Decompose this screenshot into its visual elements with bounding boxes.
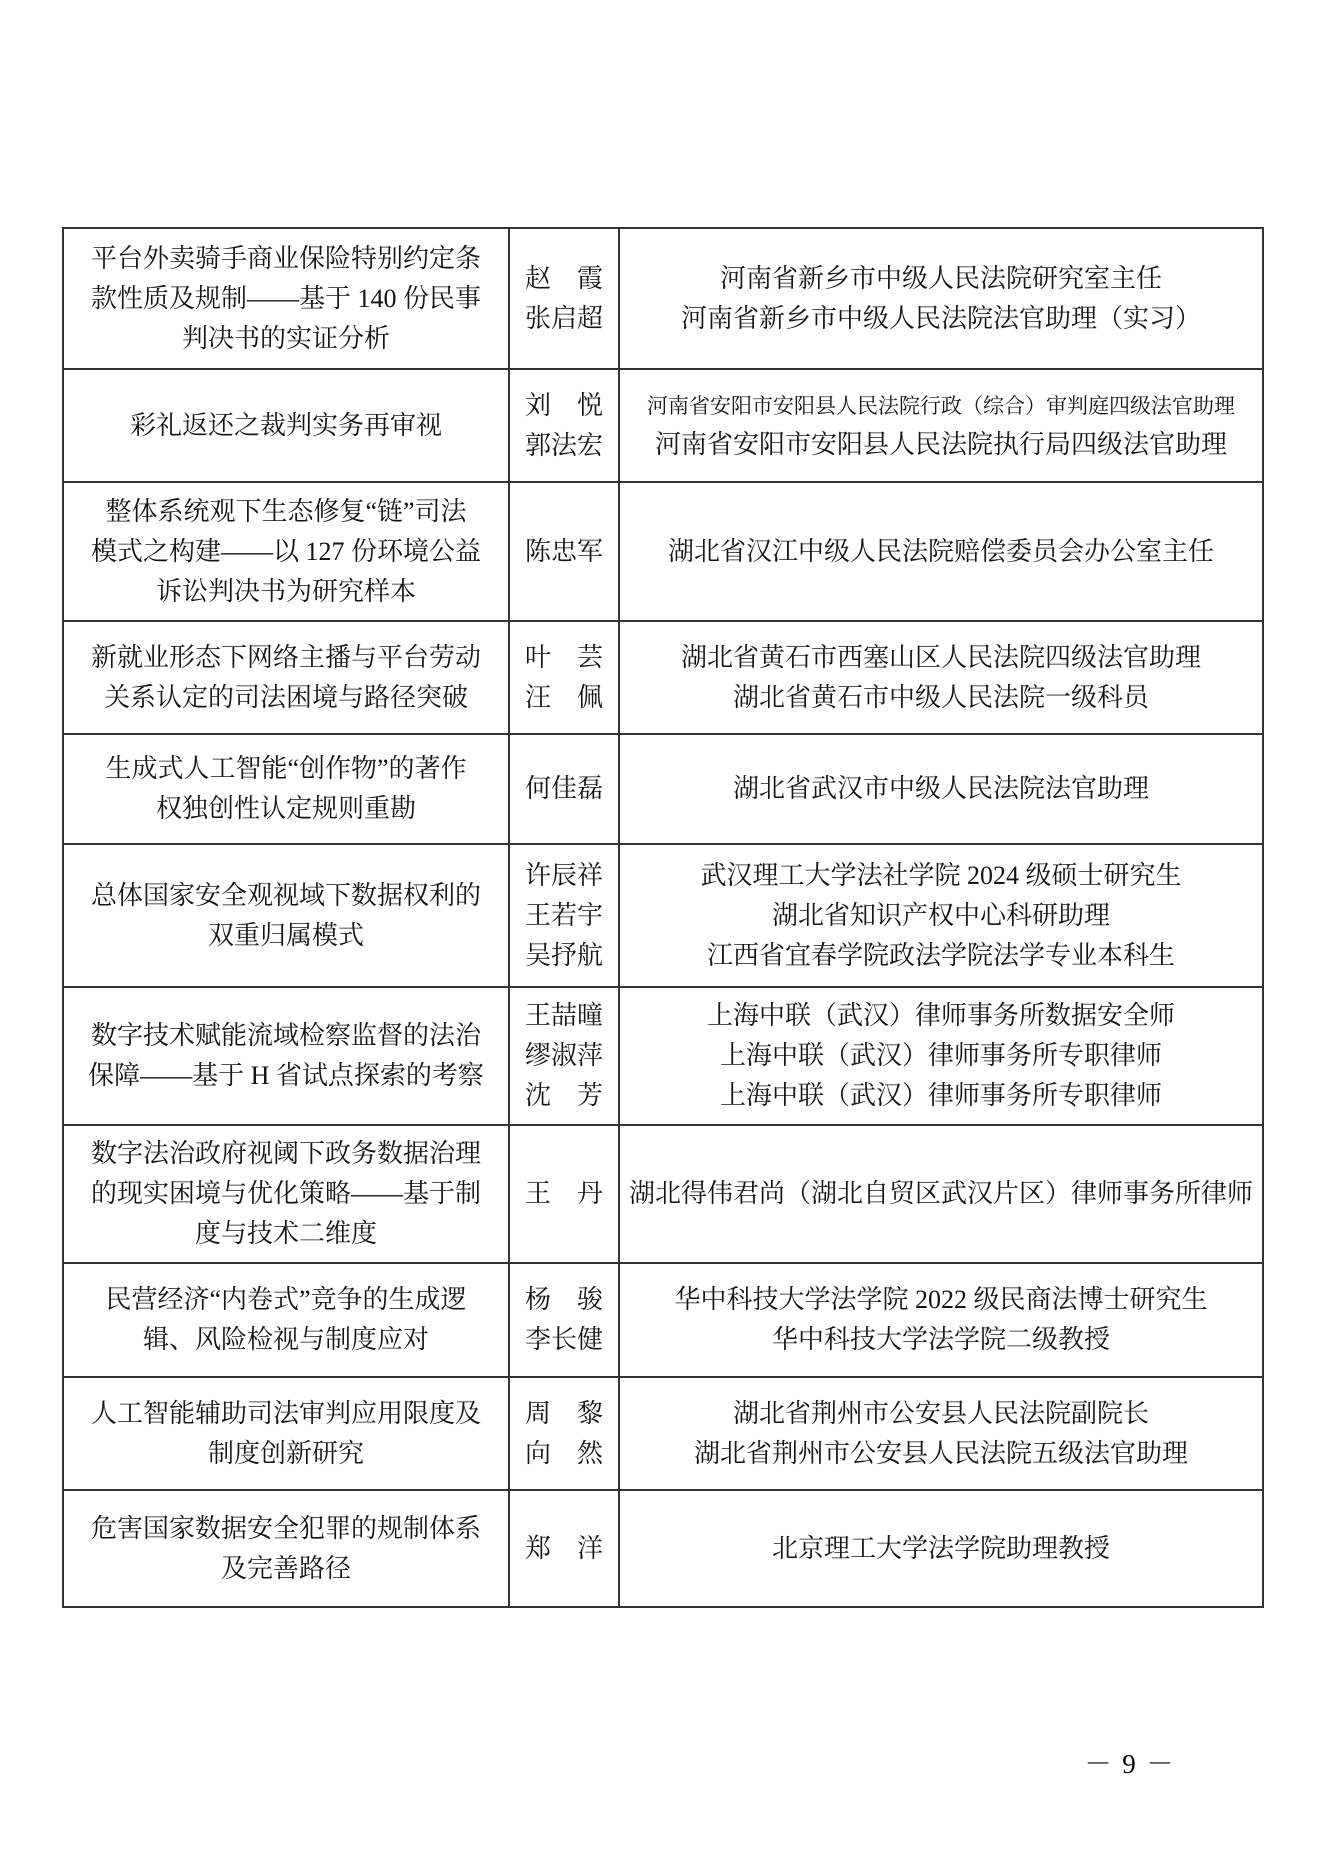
text-line: 湖北省荆州市公安县人民法院副院长 — [624, 1394, 1258, 1434]
text-line: 危害国家数据安全犯罪的规制体系 — [68, 1509, 504, 1549]
text-line: 及完善路径 — [68, 1549, 504, 1589]
text-line: 双重归属模式 — [68, 916, 504, 956]
table-row: 总体国家安全观视域下数据权利的双重归属模式 许辰祥王若宇吴抒航 武汉理工大学法社… — [63, 844, 1263, 987]
text-line: 缪淑萍 — [514, 1036, 614, 1076]
text-line: 权独创性认定规则重勘 — [68, 789, 504, 829]
authors-cell: 王喆曈缪淑萍沈 芳 — [509, 987, 619, 1125]
text-line: 上海中联（武汉）律师事务所专职律师 — [624, 1076, 1258, 1116]
text-line: 王若宇 — [514, 896, 614, 936]
text-line: 湖北省武汉市中级人民法院法官助理 — [624, 769, 1258, 809]
text-line: 保障——基于 H 省试点探索的考察 — [68, 1056, 504, 1096]
text-line: 叶 芸 — [514, 638, 614, 678]
text-line: 湖北省黄石市西塞山区人民法院四级法官助理 — [624, 638, 1258, 678]
text-line: 制度创新研究 — [68, 1434, 504, 1474]
text-line: 沈 芳 — [514, 1076, 614, 1116]
text-line: 汪 佩 — [514, 678, 614, 718]
paper-title-cell: 生成式人工智能“创作物”的著作权独创性认定规则重勘 — [63, 734, 509, 844]
text-line: 李长健 — [514, 1320, 614, 1360]
text-line: 的现实困境与优化策略——基于制 — [68, 1174, 504, 1214]
text-line: 辑、风险检视与制度应对 — [68, 1320, 504, 1360]
text-line: 湖北省荆州市公安县人民法院五级法官助理 — [624, 1434, 1258, 1474]
paper-title-cell: 整体系统观下生态修复“链”司法模式之构建——以 127 份环境公益诉讼判决书为研… — [63, 482, 509, 621]
text-line: 平台外卖骑手商业保险特别约定条 — [68, 239, 504, 279]
text-line: 生成式人工智能“创作物”的著作 — [68, 749, 504, 789]
affiliations-cell: 湖北省黄石市西塞山区人民法院四级法官助理湖北省黄石市中级人民法院一级科员 — [619, 621, 1263, 734]
text-line: 湖北得伟君尚（湖北自贸区武汉片区）律师事务所律师 — [624, 1174, 1258, 1214]
table-row: 危害国家数据安全犯罪的规制体系及完善路径 郑 洋 北京理工大学法学院助理教授 — [63, 1490, 1263, 1607]
authors-cell: 赵 霞张启超 — [509, 228, 619, 369]
document-page: 平台外卖骑手商业保险特别约定条款性质及规制——基于 140 份民事判决书的实证分… — [0, 0, 1323, 1871]
table-row: 生成式人工智能“创作物”的著作权独创性认定规则重勘 何佳磊 湖北省武汉市中级人民… — [63, 734, 1263, 844]
authors-cell: 杨 骏李长健 — [509, 1263, 619, 1377]
affiliations-cell: 湖北省武汉市中级人民法院法官助理 — [619, 734, 1263, 844]
text-line: 北京理工大学法学院助理教授 — [624, 1529, 1258, 1569]
text-line: 彩礼返还之裁判实务再审视 — [68, 406, 504, 446]
papers-table: 平台外卖骑手商业保险特别约定条款性质及规制——基于 140 份民事判决书的实证分… — [62, 227, 1264, 1608]
text-line: 陈忠军 — [514, 532, 614, 572]
authors-cell: 许辰祥王若宇吴抒航 — [509, 844, 619, 987]
text-line: 湖北省汉江中级人民法院赔偿委员会办公室主任 — [624, 532, 1258, 572]
text-line: 王 丹 — [514, 1174, 614, 1214]
text-line: 数字技术赋能流域检察监督的法治 — [68, 1016, 504, 1056]
text-line: 关系认定的司法困境与路径突破 — [68, 678, 504, 718]
text-line: 杨 骏 — [514, 1280, 614, 1320]
table-row: 数字法治政府视阈下政务数据治理的现实困境与优化策略——基于制度与技术二维度 王 … — [63, 1125, 1263, 1263]
text-line: 上海中联（武汉）律师事务所数据安全师 — [624, 996, 1258, 1036]
text-line-small: 河南省安阳市安阳县人民法院行政（综合）审判庭四级法官助理 — [624, 387, 1258, 425]
authors-cell: 郑 洋 — [509, 1490, 619, 1607]
affiliations-cell: 北京理工大学法学院助理教授 — [619, 1490, 1263, 1607]
paper-title-cell: 人工智能辅助司法审判应用限度及制度创新研究 — [63, 1377, 509, 1490]
papers-table-body: 平台外卖骑手商业保险特别约定条款性质及规制——基于 140 份民事判决书的实证分… — [63, 228, 1263, 1607]
affiliations-cell: 湖北省荆州市公安县人民法院副院长湖北省荆州市公安县人民法院五级法官助理 — [619, 1377, 1263, 1490]
paper-title-cell: 总体国家安全观视域下数据权利的双重归属模式 — [63, 844, 509, 987]
table-row: 彩礼返还之裁判实务再审视 刘 悦郭法宏 河南省安阳市安阳县人民法院行政（综合）审… — [63, 369, 1263, 482]
text-line: 何佳磊 — [514, 769, 614, 809]
page-number: － 9 － — [1050, 1742, 1210, 1781]
affiliations-cell: 上海中联（武汉）律师事务所数据安全师上海中联（武汉）律师事务所专职律师上海中联（… — [619, 987, 1263, 1125]
affiliations-cell: 湖北省汉江中级人民法院赔偿委员会办公室主任 — [619, 482, 1263, 621]
text-line: 总体国家安全观视域下数据权利的 — [68, 876, 504, 916]
text-line: 河南省新乡市中级人民法院法官助理（实习） — [624, 299, 1258, 339]
authors-cell: 周 黎向 然 — [509, 1377, 619, 1490]
authors-cell: 刘 悦郭法宏 — [509, 369, 619, 482]
text-line: 许辰祥 — [514, 856, 614, 896]
text-line: 度与技术二维度 — [68, 1214, 504, 1254]
text-line: 江西省宜春学院政法学院法学专业本科生 — [624, 936, 1258, 976]
authors-cell: 叶 芸汪 佩 — [509, 621, 619, 734]
text-line: 郭法宏 — [514, 426, 614, 466]
paper-title-cell: 民营经济“内卷式”竞争的生成逻辑、风险检视与制度应对 — [63, 1263, 509, 1377]
text-line: 河南省新乡市中级人民法院研究室主任 — [624, 259, 1258, 299]
text-line: 张启超 — [514, 299, 614, 339]
authors-cell: 何佳磊 — [509, 734, 619, 844]
text-line: 诉讼判决书为研究样本 — [68, 572, 504, 612]
affiliations-cell: 湖北得伟君尚（湖北自贸区武汉片区）律师事务所律师 — [619, 1125, 1263, 1263]
text-line: 上海中联（武汉）律师事务所专职律师 — [624, 1036, 1258, 1076]
text-line: 新就业形态下网络主播与平台劳动 — [68, 638, 504, 678]
text-line: 赵 霞 — [514, 259, 614, 299]
affiliations-cell: 武汉理工大学法社学院 2024 级硕士研究生湖北省知识产权中心科研助理江西省宜春… — [619, 844, 1263, 987]
text-line: 向 然 — [514, 1434, 614, 1474]
text-line: 判决书的实证分析 — [68, 319, 504, 359]
text-line: 款性质及规制——基于 140 份民事 — [68, 279, 504, 319]
paper-title-cell: 数字法治政府视阈下政务数据治理的现实困境与优化策略——基于制度与技术二维度 — [63, 1125, 509, 1263]
table-row: 平台外卖骑手商业保险特别约定条款性质及规制——基于 140 份民事判决书的实证分… — [63, 228, 1263, 369]
text-line: 湖北省知识产权中心科研助理 — [624, 896, 1258, 936]
text-line: 刘 悦 — [514, 386, 614, 426]
text-line: 王喆曈 — [514, 996, 614, 1036]
table-row: 数字技术赋能流域检察监督的法治保障——基于 H 省试点探索的考察 王喆曈缪淑萍沈… — [63, 987, 1263, 1125]
text-line: 郑 洋 — [514, 1529, 614, 1569]
text-line: 华中科技大学法学院二级教授 — [624, 1320, 1258, 1360]
text-line: 湖北省黄石市中级人民法院一级科员 — [624, 678, 1258, 718]
text-line: 武汉理工大学法社学院 2024 级硕士研究生 — [624, 856, 1258, 896]
text-line: 数字法治政府视阈下政务数据治理 — [68, 1134, 504, 1174]
affiliations-cell: 华中科技大学法学院 2022 级民商法博士研究生华中科技大学法学院二级教授 — [619, 1263, 1263, 1377]
table-row: 民营经济“内卷式”竞争的生成逻辑、风险检视与制度应对 杨 骏李长健 华中科技大学… — [63, 1263, 1263, 1377]
text-line: 模式之构建——以 127 份环境公益 — [68, 532, 504, 572]
paper-title-cell: 新就业形态下网络主播与平台劳动关系认定的司法困境与路径突破 — [63, 621, 509, 734]
affiliations-cell: 河南省安阳市安阳县人民法院行政（综合）审判庭四级法官助理河南省安阳市安阳县人民法… — [619, 369, 1263, 482]
text-line: 吴抒航 — [514, 936, 614, 976]
text-line: 人工智能辅助司法审判应用限度及 — [68, 1394, 504, 1434]
text-line: 整体系统观下生态修复“链”司法 — [68, 492, 504, 532]
paper-title-cell: 平台外卖骑手商业保险特别约定条款性质及规制——基于 140 份民事判决书的实证分… — [63, 228, 509, 369]
text-line: 民营经济“内卷式”竞争的生成逻 — [68, 1280, 504, 1320]
authors-cell: 陈忠军 — [509, 482, 619, 621]
authors-cell: 王 丹 — [509, 1125, 619, 1263]
text-line: 周 黎 — [514, 1394, 614, 1434]
paper-title-cell: 危害国家数据安全犯罪的规制体系及完善路径 — [63, 1490, 509, 1607]
table-row: 整体系统观下生态修复“链”司法模式之构建——以 127 份环境公益诉讼判决书为研… — [63, 482, 1263, 621]
table-row: 新就业形态下网络主播与平台劳动关系认定的司法困境与路径突破 叶 芸汪 佩 湖北省… — [63, 621, 1263, 734]
affiliations-cell: 河南省新乡市中级人民法院研究室主任河南省新乡市中级人民法院法官助理（实习） — [619, 228, 1263, 369]
paper-title-cell: 彩礼返还之裁判实务再审视 — [63, 369, 509, 482]
paper-title-cell: 数字技术赋能流域检察监督的法治保障——基于 H 省试点探索的考察 — [63, 987, 509, 1125]
text-line: 华中科技大学法学院 2022 级民商法博士研究生 — [624, 1280, 1258, 1320]
table-row: 人工智能辅助司法审判应用限度及制度创新研究 周 黎向 然 湖北省荆州市公安县人民… — [63, 1377, 1263, 1490]
text-line: 河南省安阳市安阳县人民法院执行局四级法官助理 — [624, 425, 1258, 465]
